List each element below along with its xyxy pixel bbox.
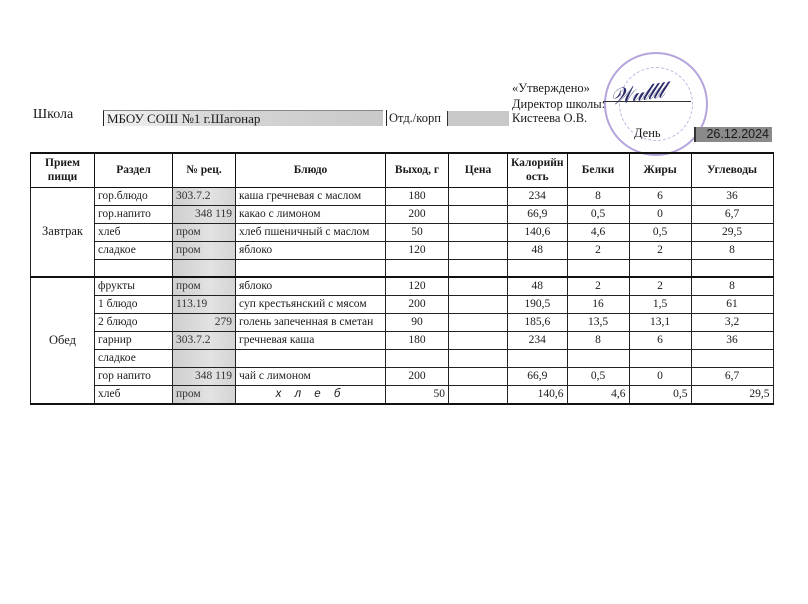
col-fat: Жиры	[629, 153, 691, 187]
cell-price	[449, 314, 508, 332]
cell-calories	[508, 350, 568, 368]
col-yield: Выход, г	[386, 153, 449, 187]
cell-dish: яблоко	[236, 277, 386, 296]
dept-label: Отд./корп	[386, 110, 441, 126]
col-calories: Калорийность	[508, 153, 568, 187]
cell-carbs: 36	[691, 332, 773, 350]
cell-dish: х л е б	[236, 386, 386, 405]
col-section: Раздел	[95, 153, 173, 187]
cell-yield: 180	[386, 187, 449, 205]
table-row: сладкое	[31, 350, 774, 368]
dept-field	[447, 111, 509, 126]
cell-protein: 2	[567, 277, 629, 296]
cell-section: гор.блюдо	[95, 187, 173, 205]
cell-protein: 16	[567, 296, 629, 314]
cell-section: хлеб	[95, 386, 173, 405]
cell-protein	[567, 259, 629, 277]
cell-carbs: 36	[691, 187, 773, 205]
cell-section: фрукты	[95, 277, 173, 296]
cell-calories: 140,6	[508, 386, 568, 405]
cell-fat	[629, 259, 691, 277]
cell-calories: 48	[508, 277, 568, 296]
cell-recipe	[173, 350, 236, 368]
col-recipe: № рец.	[173, 153, 236, 187]
cell-fat: 2	[629, 277, 691, 296]
cell-yield: 180	[386, 332, 449, 350]
cell-dish: гречневая каша	[236, 332, 386, 350]
cell-fat: 0,5	[629, 223, 691, 241]
approved-label: «Утверждено»	[512, 80, 605, 96]
approval-block: «Утверждено» Директор школы:	[512, 80, 605, 112]
cell-recipe: пром	[173, 241, 236, 259]
cell-yield: 90	[386, 314, 449, 332]
table-row: гарнир303.7.2гречневая каша1802348636	[31, 332, 774, 350]
cell-protein: 4,6	[567, 386, 629, 405]
cell-carbs	[691, 350, 773, 368]
cell-carbs: 29,5	[691, 386, 773, 405]
cell-calories: 185,6	[508, 314, 568, 332]
cell-protein: 8	[567, 187, 629, 205]
cell-fat: 1,5	[629, 296, 691, 314]
cell-price	[449, 277, 508, 296]
cell-dish	[236, 350, 386, 368]
cell-yield	[386, 259, 449, 277]
cell-yield: 50	[386, 386, 449, 405]
cell-calories: 234	[508, 332, 568, 350]
cell-calories	[508, 259, 568, 277]
cell-section: 2 блюдо	[95, 314, 173, 332]
cell-fat: 13,1	[629, 314, 691, 332]
cell-recipe: 348 119	[173, 205, 236, 223]
cell-carbs: 29,5	[691, 223, 773, 241]
cell-carbs	[691, 259, 773, 277]
cell-protein: 8	[567, 332, 629, 350]
cell-calories: 48	[508, 241, 568, 259]
cell-price	[449, 296, 508, 314]
table-row: гор.напито348 119какао с лимоном20066,90…	[31, 205, 774, 223]
cell-price	[449, 332, 508, 350]
cell-fat: 6	[629, 332, 691, 350]
day-label: День	[634, 126, 661, 141]
col-meal: Приемпищи	[31, 153, 95, 187]
cell-section: сладкое	[95, 350, 173, 368]
col-price: Цена	[449, 153, 508, 187]
cell-calories: 66,9	[508, 205, 568, 223]
cell-price	[449, 259, 508, 277]
menu-table: Приемпищи Раздел № рец. Блюдо Выход, г Ц…	[30, 152, 774, 405]
table-row	[31, 259, 774, 277]
cell-yield: 200	[386, 205, 449, 223]
cell-yield: 120	[386, 241, 449, 259]
cell-recipe: 279	[173, 314, 236, 332]
cell-carbs: 6,7	[691, 368, 773, 386]
cell-dish: каша гречневая с маслом	[236, 187, 386, 205]
cell-section: гор.напито	[95, 205, 173, 223]
cell-dish: хлеб пшеничный с маслом	[236, 223, 386, 241]
cell-protein	[567, 350, 629, 368]
school-label: Школа	[33, 107, 73, 123]
cell-section: гарнир	[95, 332, 173, 350]
table-row: Обедфруктыпромяблоко12048228	[31, 277, 774, 296]
cell-recipe: 113.19	[173, 296, 236, 314]
cell-recipe: 303.7.2	[173, 187, 236, 205]
cell-section: сладкое	[95, 241, 173, 259]
table-row: гор напито348 119чай с лимоном20066,90,5…	[31, 368, 774, 386]
cell-dish: яблоко	[236, 241, 386, 259]
cell-fat: 6	[629, 187, 691, 205]
cell-calories: 234	[508, 187, 568, 205]
table-row: 2 блюдо279голень запеченная в сметан9018…	[31, 314, 774, 332]
table-row: хлебпромх л е б50140,64,60,529,5	[31, 386, 774, 405]
cell-yield: 50	[386, 223, 449, 241]
cell-calories: 140,6	[508, 223, 568, 241]
cell-carbs: 8	[691, 241, 773, 259]
cell-dish: суп крестьянский с мясом	[236, 296, 386, 314]
cell-carbs: 8	[691, 277, 773, 296]
cell-protein: 2	[567, 241, 629, 259]
cell-yield	[386, 350, 449, 368]
cell-price	[449, 386, 508, 405]
date-field: 26.12.2024	[694, 127, 772, 142]
cell-fat: 0	[629, 205, 691, 223]
cell-recipe: пром	[173, 386, 236, 405]
cell-protein: 4,6	[567, 223, 629, 241]
cell-calories: 66,9	[508, 368, 568, 386]
cell-dish	[236, 259, 386, 277]
table-row: Завтракгор.блюдо303.7.2каша гречневая с …	[31, 187, 774, 205]
cell-recipe: пром	[173, 223, 236, 241]
cell-carbs: 61	[691, 296, 773, 314]
cell-protein: 0,5	[567, 368, 629, 386]
cell-price	[449, 241, 508, 259]
cell-price	[449, 350, 508, 368]
school-name-field: МБОУ СОШ №1 г.Шагонар	[103, 110, 383, 126]
cell-price	[449, 223, 508, 241]
table-row: хлебпромхлеб пшеничный с маслом50140,64,…	[31, 223, 774, 241]
cell-carbs: 6,7	[691, 205, 773, 223]
col-carbs: Углеводы	[691, 153, 773, 187]
cell-section: хлеб	[95, 223, 173, 241]
cell-recipe: 348 119	[173, 368, 236, 386]
director-label: Директор школы:	[512, 96, 605, 112]
cell-fat: 0,5	[629, 386, 691, 405]
cell-section: гор напито	[95, 368, 173, 386]
col-dish: Блюдо	[236, 153, 386, 187]
cell-fat: 0	[629, 368, 691, 386]
col-protein: Белки	[567, 153, 629, 187]
table-row: 1 блюдо113.19суп крестьянский с мясом200…	[31, 296, 774, 314]
table-header-row: Приемпищи Раздел № рец. Блюдо Выход, г Ц…	[31, 153, 774, 187]
cell-dish: чай с лимоном	[236, 368, 386, 386]
table-row: сладкоепромяблоко12048228	[31, 241, 774, 259]
cell-recipe: 303.7.2	[173, 332, 236, 350]
cell-recipe	[173, 259, 236, 277]
cell-price	[449, 368, 508, 386]
cell-dish: голень запеченная в сметан	[236, 314, 386, 332]
cell-price	[449, 187, 508, 205]
cell-calories: 190,5	[508, 296, 568, 314]
cell-carbs: 3,2	[691, 314, 773, 332]
cell-protein: 0,5	[567, 205, 629, 223]
cell-recipe: пром	[173, 277, 236, 296]
cell-price	[449, 205, 508, 223]
meal-name: Завтрак	[31, 187, 95, 277]
cell-fat	[629, 350, 691, 368]
cell-section	[95, 259, 173, 277]
cell-fat: 2	[629, 241, 691, 259]
cell-protein: 13,5	[567, 314, 629, 332]
cell-section: 1 блюдо	[95, 296, 173, 314]
cell-yield: 200	[386, 296, 449, 314]
director-name: Кистеева О.В.	[512, 111, 587, 126]
cell-yield: 200	[386, 368, 449, 386]
meal-name: Обед	[31, 277, 95, 404]
cell-dish: какао с лимоном	[236, 205, 386, 223]
cell-yield: 120	[386, 277, 449, 296]
